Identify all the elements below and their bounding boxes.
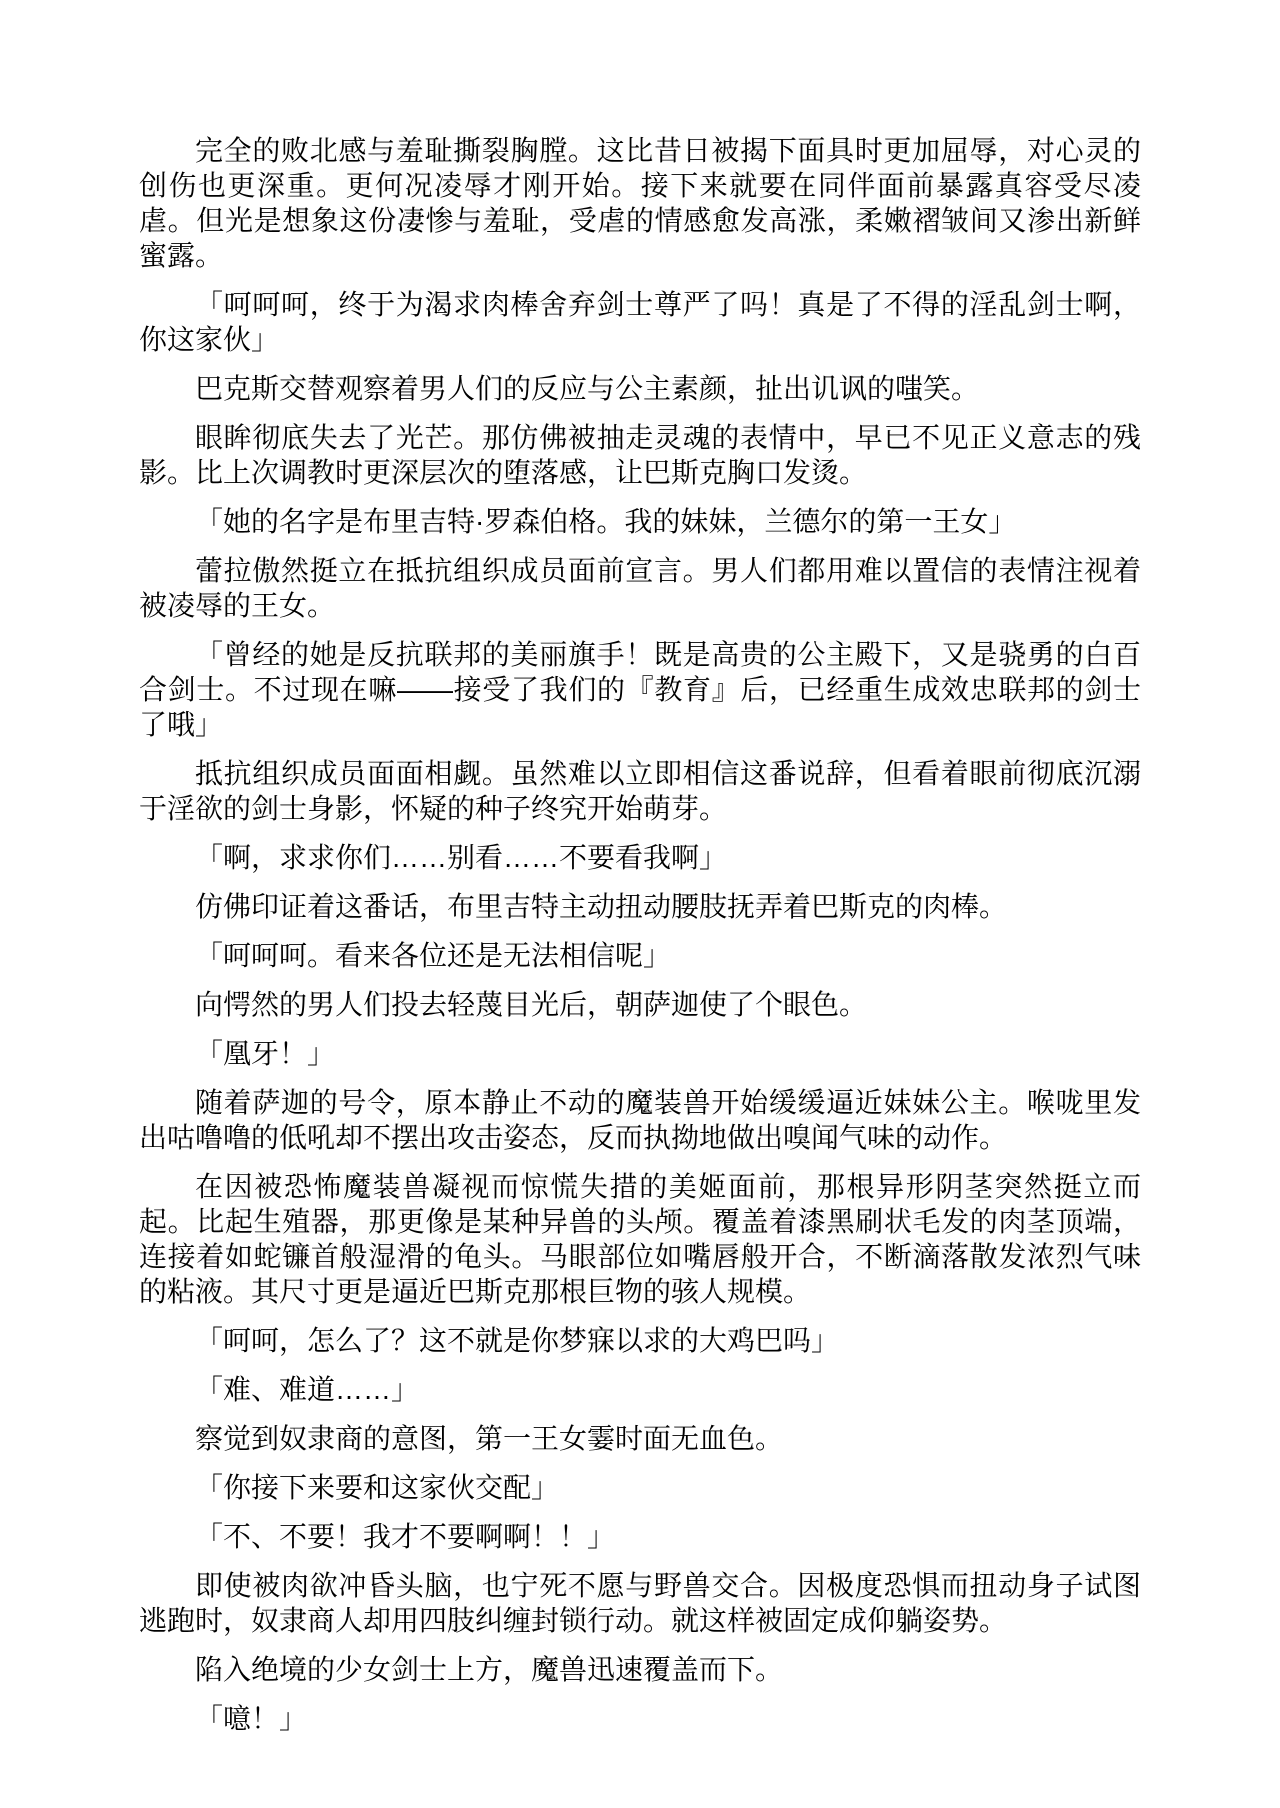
paragraph: 「啊，求求你们……别看……不要看我啊」	[139, 840, 1141, 875]
paragraph: 蕾拉傲然挺立在抵抗组织成员面前宣言。男人们都用难以置信的表情注视着被凌辱的王女。	[139, 553, 1141, 623]
paragraph: 完全的败北感与羞耻撕裂胸膛。这比昔日被揭下面具时更加屈辱，对心灵的创伤也更深重。…	[139, 133, 1141, 273]
paragraph: 陷入绝境的少女剑士上方，魔兽迅速覆盖而下。	[139, 1652, 1141, 1687]
paragraph: 「你接下来要和这家伙交配」	[139, 1470, 1141, 1505]
paragraph: 眼眸彻底失去了光芒。那仿佛被抽走灵魂的表情中，早已不见正义意志的残影。比上次调教…	[139, 420, 1141, 490]
paragraph: 「呵呵呵。看来各位还是无法相信呢」	[139, 938, 1141, 973]
paragraph: 「呵呵呵，终于为渴求肉棒舍弃剑士尊严了吗！真是了不得的淫乱剑士啊，你这家伙」	[139, 287, 1141, 357]
paragraph: 随着萨迦的号令，原本静止不动的魔装兽开始缓缓逼近妹妹公主。喉咙里发出咕噜噜的低吼…	[139, 1085, 1141, 1155]
paragraph: 察觉到奴隶商的意图，第一王女霎时面无血色。	[139, 1421, 1141, 1456]
paragraph: 抵抗组织成员面面相觑。虽然难以立即相信这番说辞，但看着眼前彻底沉溺于淫欲的剑士身…	[139, 756, 1141, 826]
paragraph: 「她的名字是布里吉特·罗森伯格。我的妹妹，兰德尔的第一王女」	[139, 504, 1141, 539]
paragraph: 「难、难道……」	[139, 1372, 1141, 1407]
paragraph: 在因被恐怖魔装兽凝视而惊慌失措的美姬面前，那根异形阴茎突然挺立而起。比起生殖器，…	[139, 1169, 1141, 1309]
paragraph: 「凰牙！」	[139, 1036, 1141, 1071]
paragraph: 「曾经的她是反抗联邦的美丽旗手！既是高贵的公主殿下，又是骁勇的白百合剑士。不过现…	[139, 637, 1141, 742]
document-page: 完全的败北感与羞耻撕裂胸膛。这比昔日被揭下面具时更加屈辱，对心灵的创伤也更深重。…	[0, 0, 1280, 1808]
paragraph: 巴克斯交替观察着男人们的反应与公主素颜，扯出讥讽的嗤笑。	[139, 371, 1141, 406]
paragraph: 「噫！」	[139, 1701, 1141, 1736]
paragraph: 向愕然的男人们投去轻蔑目光后，朝萨迦使了个眼色。	[139, 987, 1141, 1022]
paragraph: 「不、不要！我才不要啊啊！！」	[139, 1519, 1141, 1554]
paragraph: 「呵呵，怎么了？这不就是你梦寐以求的大鸡巴吗」	[139, 1323, 1141, 1358]
paragraph: 即使被肉欲冲昏头脑，也宁死不愿与野兽交合。因极度恐惧而扭动身子试图逃跑时，奴隶商…	[139, 1568, 1141, 1638]
paragraph: 仿佛印证着这番话，布里吉特主动扭动腰肢抚弄着巴斯克的肉棒。	[139, 889, 1141, 924]
